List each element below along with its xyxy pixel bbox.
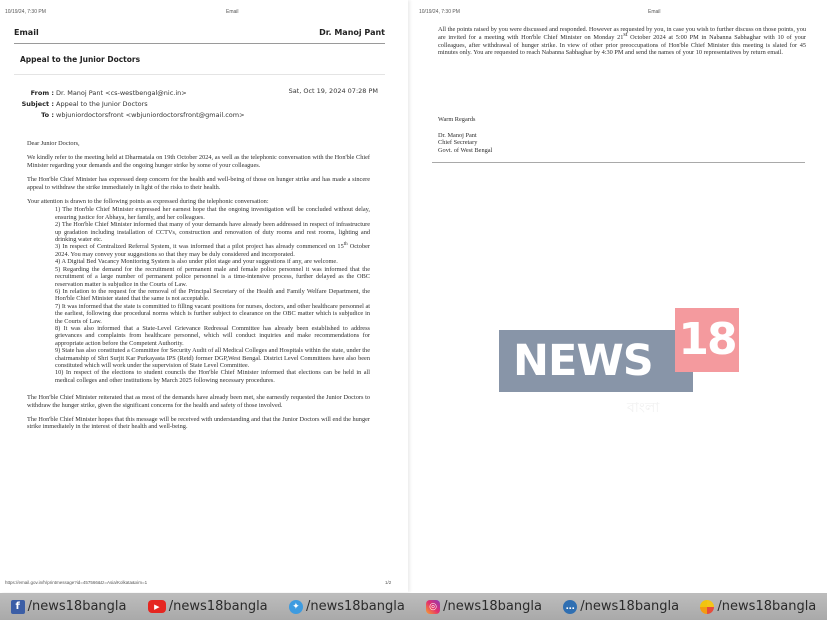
signature-block: Warm Regards Dr. Manoj Pant Chief Secret…: [438, 116, 492, 154]
to-value: wbjuniordoctorsfront <wbjuniordoctorsfro…: [56, 111, 245, 119]
email-date: Sat, Oct 19, 2024 07:28 PM: [289, 87, 378, 95]
list-item: 6) In relation to the request for the re…: [55, 288, 370, 303]
divider: [14, 74, 385, 75]
social-instagram[interactable]: ◎ /news18bangla: [426, 599, 542, 614]
list-item: 5) Regarding the demand for the recruitm…: [55, 266, 370, 288]
social-handle: /news18bangla: [443, 599, 542, 614]
facebook-icon: f: [11, 600, 25, 614]
social-helo[interactable]: /news18bangla: [700, 599, 816, 614]
list-item: 9) State has also constituted a Committe…: [55, 347, 370, 369]
list-item: 7) It was informed that the state is com…: [55, 303, 370, 325]
from-value: Dr. Manoj Pant <cs-westbengal@nic.in>: [56, 89, 187, 97]
logo-number: 18: [675, 308, 739, 372]
signer-organization: Govt. of West Bengal: [438, 147, 492, 155]
social-handle: /news18bangla: [28, 599, 127, 614]
list-item: 2) The Hon'ble Chief Minister informed t…: [55, 221, 370, 243]
page-number: 1/2: [385, 580, 391, 585]
print-date: 10/19/24, 7:30 PM: [419, 9, 460, 15]
email-page-2: 10/19/24, 7:30 PM Email All the points r…: [414, 0, 827, 592]
body-paragraph: The Hon'ble Chief Minister has expressed…: [27, 176, 370, 191]
closing: Warm Regards: [438, 116, 492, 124]
social-bar: f /news18bangla ▶ /news18bangla ✦ /news1…: [0, 593, 827, 620]
body-paragraph: All the points raised by you were discus…: [438, 26, 806, 57]
print-title: Email: [226, 9, 239, 15]
instagram-icon: ◎: [426, 600, 440, 614]
salutation: Dear Junior Doctors,: [27, 140, 370, 147]
list-item: 10) In respect of the elections to stude…: [55, 369, 370, 384]
logo-news-text: NEWS: [499, 330, 693, 392]
subject-value: Appeal to the Junior Doctors: [56, 100, 148, 108]
signer-title: Chief Secretary: [438, 139, 492, 147]
print-url: https://email.gov.in/h/printmessage?id=4…: [5, 580, 147, 585]
social-youtube[interactable]: ▶ /news18bangla: [148, 599, 268, 614]
subject-label: Subject :: [14, 100, 54, 108]
email-body-continued: All the points raised by you were discus…: [438, 26, 806, 66]
list-item: 8) It was also informed that a State-Lev…: [55, 325, 370, 347]
social-handle: /news18bangla: [306, 599, 405, 614]
print-date: 10/19/24, 7:30 PM: [5, 9, 46, 15]
logo-subtitle: বাংলা: [627, 396, 659, 420]
signer-name: Dr. Manoj Pant: [438, 132, 492, 140]
list-item: 3) In respect of Centralized Referral Sy…: [55, 243, 370, 258]
body-paragraph: Your attention is drawn to the following…: [27, 198, 370, 205]
email-meta: From :Dr. Manoj Pant <cs-westbengal@nic.…: [14, 87, 384, 120]
body-paragraph: The Hon'ble Chief Minister hopes that th…: [27, 416, 370, 431]
twitter-icon: ✦: [289, 600, 303, 614]
email-subject-heading: Appeal to the Junior Doctors: [20, 55, 140, 64]
social-facebook[interactable]: f /news18bangla: [11, 599, 127, 614]
body-paragraph: The Hon'ble Chief Minister reiterated th…: [27, 394, 370, 409]
print-title: Email: [648, 9, 661, 15]
divider: [432, 162, 805, 163]
social-handle: /news18bangla: [580, 599, 679, 614]
chat-icon: …: [563, 600, 577, 614]
youtube-icon: ▶: [148, 600, 166, 613]
mail-account-name: Dr. Manoj Pant: [319, 28, 385, 37]
list-item: 4) A Digital Bed Vacancy Monitoring Syst…: [55, 258, 370, 265]
news18-logo: NEWS 18 বাংলা: [499, 308, 739, 418]
mail-header: Email Dr. Manoj Pant: [14, 28, 385, 44]
social-sharechat[interactable]: … /news18bangla: [563, 599, 679, 614]
email-body: Dear Junior Doctors, We kindly refer to …: [27, 140, 370, 438]
body-paragraph: We kindly refer to the meeting held at D…: [27, 154, 370, 169]
social-handle: /news18bangla: [169, 599, 268, 614]
to-label: To :: [14, 111, 54, 119]
mail-app-label: Email: [14, 28, 39, 37]
points-list: 1) The Hon'ble Chief Minister expressed …: [27, 206, 370, 384]
helo-icon: [700, 600, 714, 614]
social-handle: /news18bangla: [717, 599, 816, 614]
from-label: From :: [14, 89, 54, 97]
social-twitter[interactable]: ✦ /news18bangla: [289, 599, 405, 614]
list-item: 1) The Hon'ble Chief Minister expressed …: [55, 206, 370, 221]
email-page-1: 10/19/24, 7:30 PM Email Email Dr. Manoj …: [0, 0, 408, 592]
